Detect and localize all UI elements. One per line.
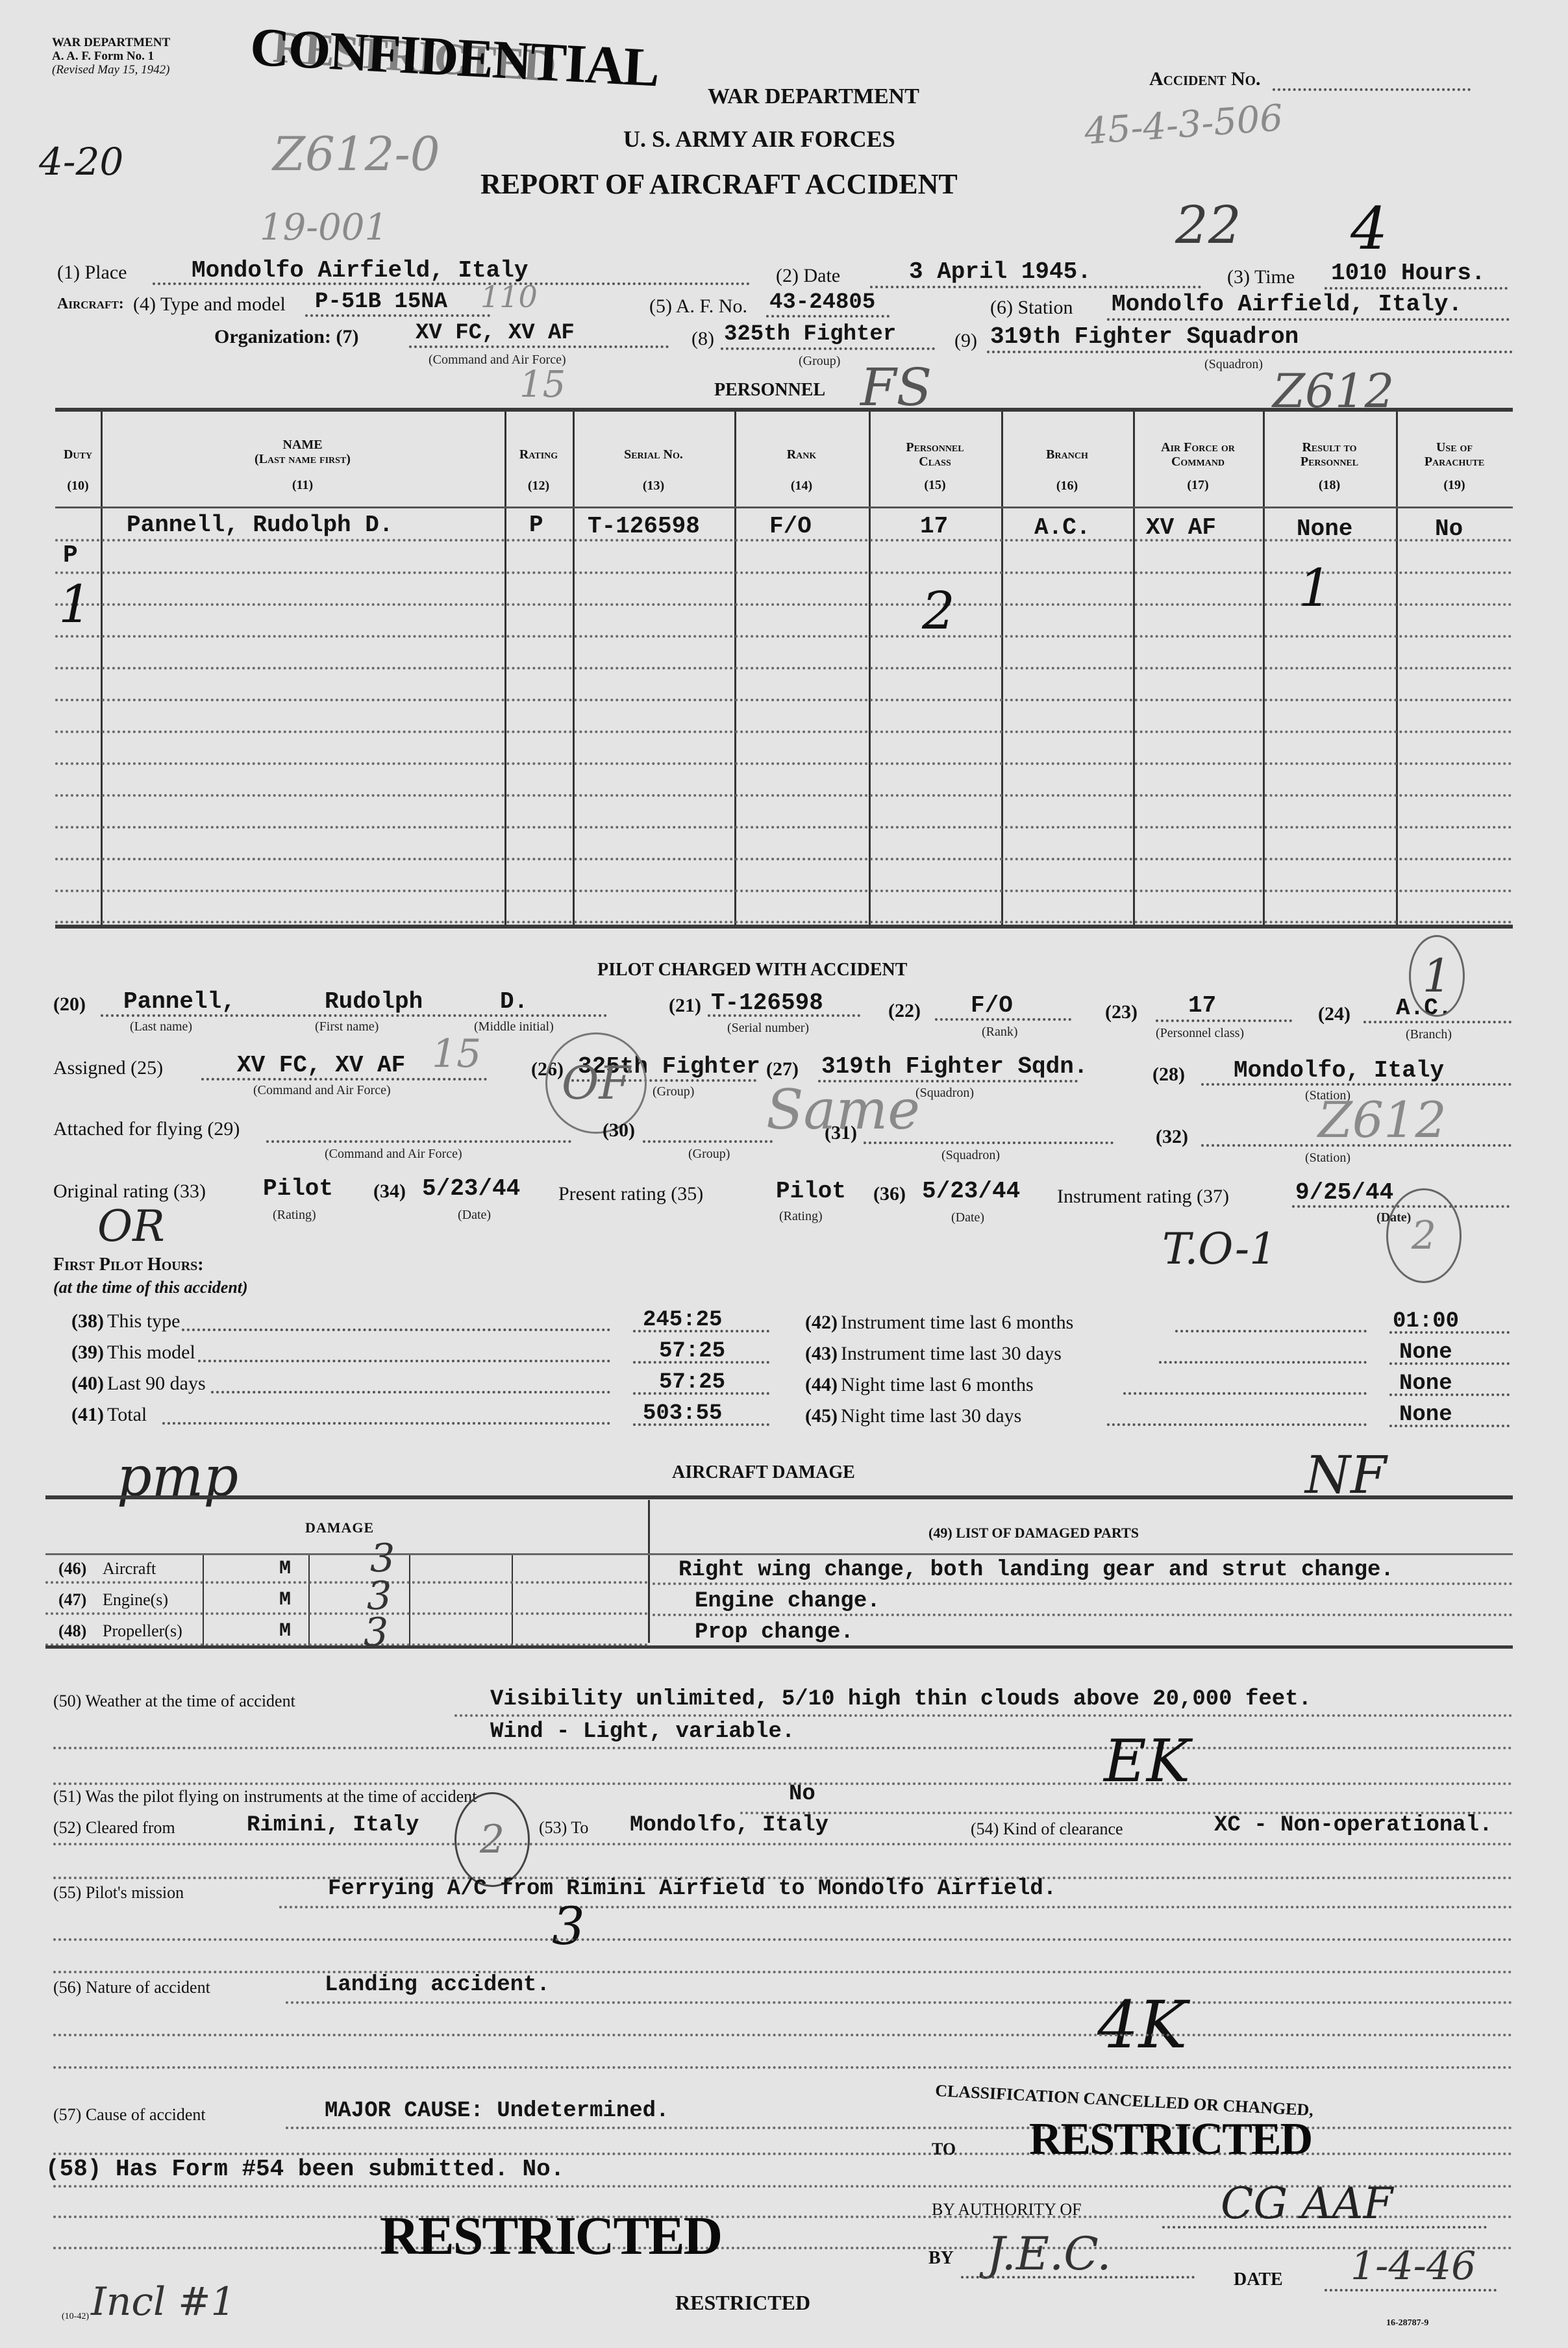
hours-value: 503:55: [643, 1401, 722, 1426]
hours-label: Instrument time last 30 days: [841, 1343, 1062, 1365]
group-value: 325th Fighter: [724, 322, 896, 347]
last-name-sublabel: (Last name): [130, 1019, 192, 1034]
pilot-class-field[interactable]: [1156, 1019, 1292, 1022]
type-value: P-51B 15NA: [315, 290, 447, 314]
hand-note-top-mid: Z612-0: [273, 127, 440, 181]
damaged-parts-list: Right wing change, both landing gear and…: [653, 1555, 1513, 1646]
hours-value-field[interactable]: [1389, 1393, 1510, 1396]
assigned-station-value: Mondolfo, Italy: [1234, 1057, 1444, 1084]
nature-value: Landing accident.: [325, 1973, 550, 1997]
instrument-rating-date: 9/25/44: [1295, 1179, 1393, 1206]
present-rating-value: Pilot: [776, 1178, 846, 1205]
by-value[interactable]: J.E.C.: [987, 2227, 1112, 2280]
damage-row-engine: (47) Engine(s) M: [45, 1586, 648, 1616]
hand-note-original-rating: OR: [97, 1201, 165, 1251]
organization-label: Organization: (7): [214, 326, 358, 348]
hand-circle-cleared: 2: [454, 1792, 530, 1887]
hours-num: (38): [71, 1310, 104, 1332]
hours-leader: [1159, 1361, 1367, 1364]
hand-note-duty: 1: [58, 574, 92, 634]
cell-class: 17: [920, 513, 948, 540]
damage-num: (48): [58, 1621, 86, 1641]
hours-leader: [1123, 1392, 1367, 1395]
row-line: [55, 858, 1513, 860]
cell-parachute: No: [1435, 516, 1463, 542]
cleared-to-label: (53) To: [539, 1818, 588, 1838]
original-rating-sublabel: (Rating): [273, 1208, 316, 1223]
attached-label: Attached for flying (29): [53, 1118, 240, 1140]
weather-line-1: Visibility unlimited, 5/10 high thin clo…: [490, 1687, 1312, 1712]
hours-label: Instrument time last 6 months: [841, 1312, 1073, 1334]
original-rating-value: Pilot: [263, 1175, 333, 1202]
cell-result: None: [1297, 516, 1352, 542]
time-field[interactable]: [1325, 287, 1508, 290]
assigned-group-sublabel: (Group): [653, 1084, 694, 1099]
f24-label: (24): [1318, 1003, 1350, 1025]
form-dept-line: WAR DEPARTMENT: [52, 36, 170, 49]
cleared-field-line[interactable]: [53, 1843, 1513, 1845]
col-header-duty: Duty(10): [55, 447, 101, 493]
attached-sqdn-field[interactable]: [864, 1142, 1114, 1144]
damaged-part: Prop change.: [695, 1620, 854, 1645]
present-rating-date: 5/23/44: [922, 1178, 1020, 1205]
squadron-field[interactable]: [987, 351, 1513, 353]
serial-sublabel: (Serial number): [727, 1021, 809, 1036]
pilot-rank: F/O: [971, 992, 1013, 1019]
squadron-value: 319th Fighter Squadron: [990, 323, 1299, 350]
af-no-field[interactable]: [766, 315, 890, 318]
hours-value-field[interactable]: [1389, 1425, 1510, 1427]
blank-line[interactable]: [53, 1938, 1513, 1941]
hours-num: (40): [71, 1373, 104, 1395]
hours-label: Last 90 days: [107, 1373, 206, 1395]
aircraft-label: Aircraft:: [57, 295, 124, 313]
damage-num: (46): [58, 1559, 86, 1579]
hours-value-field[interactable]: [1389, 1331, 1510, 1334]
cell-rating: P: [529, 512, 543, 538]
damage-value: M: [279, 1558, 291, 1580]
present-date-sublabel: (Date): [951, 1210, 984, 1225]
hours-num: (44): [805, 1374, 838, 1396]
hours-leader: [211, 1391, 610, 1393]
type-field[interactable]: [305, 314, 490, 317]
hand-note-weather: EK: [1104, 1727, 1190, 1795]
duty-value: P: [63, 542, 78, 569]
by-field[interactable]: [961, 2276, 1195, 2279]
place-label: (1) Place: [57, 262, 127, 284]
hand-note-top-right: 45-4-3-506: [1083, 97, 1284, 153]
damage-grid: (46) Aircraft M (47) Engine(s) M (48) Pr…: [45, 1555, 648, 1646]
squadron-label: (9): [954, 330, 977, 352]
hours-value-field[interactable]: [633, 1423, 769, 1426]
nature-label: (56) Nature of accident: [53, 1978, 210, 1997]
date-label: (2) Date: [776, 265, 840, 287]
hours-row-this-type: (38) This type 245:25: [71, 1310, 786, 1340]
f36-label: (36): [873, 1183, 906, 1205]
damaged-part: Engine change.: [695, 1589, 880, 1614]
hours-num: (39): [71, 1342, 104, 1364]
hand-note-class: 2: [922, 581, 955, 641]
cleared-from-label: (52) Cleared from: [53, 1818, 175, 1838]
hand-note-top-left: 4-20: [39, 140, 123, 184]
dept-title: WAR DEPARTMENT: [708, 84, 919, 109]
hours-num: (43): [805, 1343, 838, 1365]
hours-num: (45): [805, 1405, 838, 1427]
hours-leader: [1175, 1330, 1367, 1332]
col-header-parachute: Use of Parachute(19): [1396, 440, 1513, 492]
col-header-result: Result to Personnel(18): [1263, 440, 1396, 492]
cleared-from-value: Rimini, Italy: [247, 1813, 419, 1838]
pilot-middle-initial: D.: [500, 988, 528, 1015]
hand-note-type: 110: [480, 279, 538, 314]
row-line: [55, 699, 1513, 701]
form-id: WAR DEPARTMENT A. A. F. Form No. 1 (Revi…: [52, 36, 170, 77]
time-value: 1010 Hours.: [1331, 260, 1486, 286]
attached-group-field[interactable]: [643, 1140, 773, 1143]
organization-field[interactable]: [409, 345, 669, 348]
col-header-name: NAME (Last name first)(11): [101, 438, 504, 492]
mission-value: Ferrying A/C from Rimini Airfield to Mon…: [328, 1877, 1056, 1901]
damage-label: Aircraft: [103, 1559, 156, 1579]
damage-row-line[interactable]: [45, 1612, 648, 1615]
hours-row-this-model: (39) This model 57:25: [71, 1342, 786, 1371]
cause-label: (57) Cause of accident: [53, 2105, 206, 2125]
col-header-branch: Branch(16): [1001, 447, 1133, 493]
weather-field-line-1[interactable]: [454, 1714, 1513, 1717]
hand-note-below-title: 19-001: [260, 206, 388, 249]
original-rating-date: 5/23/44: [422, 1175, 520, 1202]
branch-sublabel: (Branch): [1406, 1027, 1452, 1042]
hours-value-field[interactable]: [1389, 1362, 1510, 1365]
hand-note-footer: Incl #1: [91, 2279, 236, 2325]
instrument-rating-label: Instrument rating (37): [1057, 1186, 1229, 1208]
header-underline: [55, 506, 1513, 508]
hours-value-field[interactable]: [633, 1361, 769, 1364]
hand-circle-group: OF: [545, 1032, 647, 1134]
form-number-line: A. A. F. Form No. 1: [52, 49, 170, 63]
assigned-cmd-sublabel: (Command and Air Force): [253, 1083, 391, 1098]
hand-note-time: 4: [1350, 195, 1388, 263]
f27-label: (27): [766, 1058, 799, 1080]
cell-serial: T-126598: [588, 513, 700, 540]
damaged-part: Right wing change, both landing gear and…: [678, 1558, 1394, 1582]
type-label: (4) Type and model: [133, 293, 286, 316]
mission-field-line[interactable]: [279, 1906, 1513, 1908]
damage-label: Engine(s): [103, 1590, 168, 1610]
organization-value: XV FC, XV AF: [416, 321, 575, 345]
hours-row-instrument-30d: (43) Instrument time last 30 days None: [805, 1343, 1513, 1373]
damage-value: M: [279, 1620, 291, 1642]
f30-label: (30): [603, 1119, 635, 1142]
hours-title: First Pilot Hours:: [53, 1255, 204, 1275]
cell-branch: A.C.: [1034, 514, 1090, 541]
af-no-value: 43-24805: [769, 290, 875, 315]
damage-bottom-rule: [45, 1645, 1513, 1649]
f34-label: (34): [373, 1180, 406, 1203]
blank-line[interactable]: [53, 2247, 1513, 2249]
form-revision-line: (Revised May 15, 1942): [52, 63, 170, 77]
weather-line-2: Wind - Light, variable.: [490, 1719, 795, 1744]
date-field[interactable]: [870, 286, 1201, 288]
hours-label: This model: [107, 1342, 195, 1364]
rank-sublabel: (Rank): [982, 1025, 1018, 1040]
pilot-class: 17: [1188, 992, 1216, 1019]
hours-subtitle: (at the time of this accident): [53, 1278, 248, 1297]
page-title: REPORT OF AIRCRAFT ACCIDENT: [480, 168, 958, 201]
accident-no-label: Accident No.: [1149, 68, 1261, 90]
attached-station-sublabel: (Station): [1305, 1151, 1350, 1166]
damage-row-propeller: (48) Propeller(s) M: [45, 1617, 648, 1647]
hand-note-nature: 4K: [1097, 1987, 1187, 2063]
hours-label: Total: [107, 1404, 147, 1426]
attached-sqdn-sublabel: (Squadron): [941, 1148, 1000, 1163]
form-code-right: 16-28787-9: [1386, 2318, 1428, 2329]
cause-value: MAJOR CAUSE: Undetermined.: [325, 2099, 669, 2123]
time-label: (3) Time: [1227, 266, 1295, 288]
cell-rank: F/O: [769, 513, 812, 540]
row-line: [55, 731, 1513, 733]
hand-note-mission: 3: [552, 1896, 585, 1956]
assigned-cmd-value: XV FC, XV AF: [237, 1052, 405, 1079]
hand-note-same: Same: [766, 1078, 920, 1142]
hours-value: None: [1399, 1403, 1452, 1427]
assigned-label: Assigned (25): [53, 1057, 163, 1079]
authority-field[interactable]: [1162, 2226, 1487, 2229]
hours-value: 245:25: [643, 1308, 722, 1332]
col-header-rank: Rank(14): [734, 447, 869, 493]
damage-section-title: AIRCRAFT DAMAGE: [672, 1462, 855, 1483]
hand-circle-instrument: 2: [1386, 1188, 1462, 1283]
assigned-sqdn-value: 319th Fighter Sqdn.: [821, 1053, 1088, 1080]
form-code-left: (10-42): [62, 2312, 89, 2322]
present-rating-label: Present rating (35): [558, 1183, 703, 1205]
hours-value: None: [1399, 1371, 1452, 1396]
damaged-parts-header: (49) LIST OF DAMAGED PARTS: [928, 1525, 1139, 1542]
pilot-last-name: Pannell,: [123, 988, 236, 1015]
blank-line[interactable]: [53, 1971, 1513, 1973]
damage-num: (47): [58, 1590, 86, 1610]
damage-value: M: [279, 1589, 291, 1611]
nature-field-line[interactable]: [286, 2001, 1513, 2004]
hours-leader: [162, 1422, 610, 1425]
hand-note-date: 22: [1175, 195, 1241, 255]
present-rating-sublabel: (Rating): [779, 1209, 823, 1224]
group-field[interactable]: [721, 347, 935, 350]
classification-to-label: TO: [932, 2140, 956, 2159]
hours-row-night-6mo: (44) Night time last 6 months None: [805, 1374, 1513, 1404]
hours-value-field[interactable]: [633, 1330, 769, 1332]
place-value: Mondolfo Airfield, Italy: [192, 257, 528, 284]
mission-label: (55) Pilot's mission: [53, 1883, 184, 1903]
row-line: [55, 635, 1513, 638]
table-row[interactable]: Pannell, Rudolph D. P T-126598 F/O 17 A.…: [55, 509, 1513, 540]
assigned-sqdn-sublabel: (Squadron): [915, 1086, 974, 1101]
hours-value: 57:25: [659, 1339, 725, 1364]
row-line: [55, 571, 1513, 574]
pilot-serial: T-126598: [711, 990, 823, 1016]
blank-line[interactable]: [53, 2034, 1513, 2036]
hand-note-station: Z612: [1318, 1091, 1447, 1149]
date-value-footer[interactable]: 1-4-46: [1350, 2243, 1476, 2289]
original-date-sublabel: (Date): [458, 1208, 491, 1223]
pilot-first-name: Rudolph: [325, 988, 423, 1015]
hours-row-total: (41) Total 503:55: [71, 1404, 786, 1434]
cell-name: Pannell, Rudolph D.: [127, 512, 393, 538]
instruments-value: No: [789, 1782, 815, 1806]
col-header-class: Personnel Class(15): [869, 440, 1001, 492]
damage-label: Propeller(s): [103, 1621, 182, 1641]
date-field-footer[interactable]: [1325, 2289, 1497, 2292]
weather-field-line-3[interactable]: [53, 1782, 1513, 1785]
hours-value-field[interactable]: [633, 1392, 769, 1395]
restricted-stamp: RESTRICTED: [380, 2204, 721, 2267]
blank-line[interactable]: [53, 2066, 1513, 2069]
af-no-label: (5) A. F. No.: [649, 295, 747, 318]
row-line: [55, 921, 1513, 923]
hours-num: (42): [805, 1312, 838, 1334]
cleared-to-value: Mondolfo, Italy: [630, 1813, 828, 1838]
weather-field-line-2[interactable]: [53, 1747, 1513, 1749]
hours-num: (41): [71, 1404, 104, 1426]
attached-cmd-field[interactable]: [266, 1140, 571, 1143]
station-label: (6) Station: [990, 297, 1073, 319]
personnel-bottom-rule: [55, 925, 1513, 929]
f23-label: (23): [1105, 1001, 1138, 1023]
hours-value: 01:00: [1393, 1309, 1459, 1334]
hours-leader: [198, 1360, 610, 1362]
damage-row-line[interactable]: [45, 1581, 648, 1584]
station-value: Mondolfo Airfield, Italy.: [1112, 291, 1462, 318]
f32-label: (32): [1156, 1126, 1188, 1148]
personnel-table: Duty(10) NAME (Last name first)(11) Rati…: [55, 412, 1513, 931]
group-label: (8): [691, 328, 714, 350]
station-field[interactable]: [1107, 318, 1510, 321]
damage-header: DAMAGE: [305, 1519, 374, 1536]
parts-line[interactable]: [653, 1614, 1513, 1616]
f28-label: (28): [1152, 1064, 1185, 1086]
attached-cmd-sublabel: (Command and Air Force): [325, 1147, 462, 1162]
weather-label: (50) Weather at the time of accident: [53, 1692, 295, 1711]
damage-top-rule: [45, 1495, 1513, 1499]
date-value: 3 April 1945.: [909, 258, 1091, 285]
agency-title: U. S. ARMY AIR FORCES: [623, 125, 895, 153]
first-name-sublabel: (First name): [315, 1019, 379, 1034]
middle-initial-sublabel: (Middle initial): [474, 1019, 554, 1034]
row-line: [55, 794, 1513, 797]
row-line: [55, 762, 1513, 765]
authority-value[interactable]: CG AAF: [1221, 2179, 1393, 2229]
form54-value: (58) Has Form #54 been submitted. No.: [45, 2156, 564, 2182]
cause-field-line[interactable]: [286, 2127, 1513, 2129]
hours-leader: [182, 1329, 610, 1331]
classification-to-stamp: RESTRICTED: [1029, 2114, 1312, 2166]
hand-note-instrument: T.O-1: [1162, 1224, 1276, 1274]
clearance-value: XC - Non-operational.: [1214, 1813, 1492, 1838]
col-header-serial: Serial No.(13): [573, 447, 734, 493]
damage-row-aircraft: (46) Aircraft M: [45, 1555, 648, 1585]
pilot-section-title: PILOT CHARGED WITH ACCIDENT: [597, 960, 907, 980]
hours-label: Night time last 30 days: [841, 1405, 1021, 1427]
personnel-section-title: PERSONNEL: [714, 380, 825, 401]
hours-row-last-90: (40) Last 90 days 57:25: [71, 1373, 786, 1403]
parts-line[interactable]: [653, 1582, 1513, 1585]
hours-leader: [1107, 1423, 1367, 1426]
hours-row-instrument-6mo: (42) Instrument time last 6 months 01:00: [805, 1312, 1513, 1342]
by-label: BY: [928, 2248, 954, 2269]
row-line: [55, 890, 1513, 892]
hours-label: This type: [107, 1310, 180, 1332]
original-rating-label: Original rating (33): [53, 1180, 206, 1203]
attached-group-sublabel: (Group): [688, 1147, 730, 1162]
class-sublabel: (Personnel class): [1156, 1026, 1244, 1041]
hours-row-night-30d: (45) Night time last 30 days None: [805, 1405, 1513, 1435]
hand-circle-branch: 1: [1409, 935, 1465, 1017]
f20-label: (20): [53, 993, 86, 1016]
row-line: [55, 603, 1513, 606]
hours-value: 57:25: [659, 1370, 725, 1395]
f22-label: (22): [888, 1000, 921, 1022]
hand-note-org: 15: [519, 364, 566, 406]
row-line: [55, 539, 1513, 542]
group-sublabel: (Group): [799, 354, 840, 369]
instruments-label: (51) Was the pilot flying on instruments…: [53, 1787, 477, 1806]
clearance-label: (54) Kind of clearance: [971, 1819, 1123, 1839]
hand-note-result: 1: [1299, 558, 1332, 618]
date-label-footer: DATE: [1234, 2269, 1283, 2290]
accident-no-field[interactable]: [1273, 86, 1471, 91]
cell-command: XV AF: [1146, 514, 1216, 541]
restricted-printed: RESTRICTED: [675, 2291, 810, 2315]
row-line: [55, 667, 1513, 669]
hours-label: Night time last 6 months: [841, 1374, 1034, 1396]
row-line: [55, 826, 1513, 829]
f21-label: (21): [669, 995, 701, 1017]
hours-value: None: [1399, 1340, 1452, 1365]
damage-divider: [648, 1500, 650, 1643]
col-header-command: Air Force or Command(17): [1133, 440, 1263, 492]
hand-note-assigned: 15: [432, 1031, 481, 1077]
squadron-sublabel: (Squadron): [1204, 357, 1263, 372]
authority-label: BY AUTHORITY OF: [932, 2200, 1082, 2219]
col-header-rating: Rating(12): [504, 447, 573, 493]
